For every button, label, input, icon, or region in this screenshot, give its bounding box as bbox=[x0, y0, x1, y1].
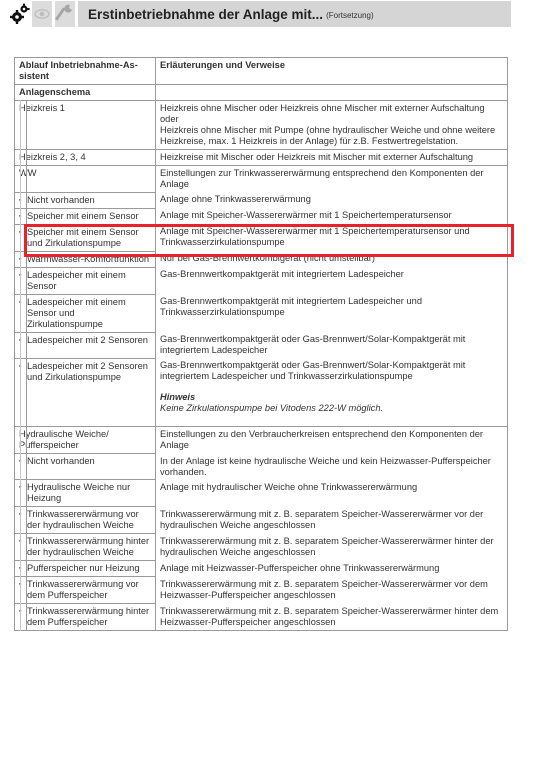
list-item-description: Trinkwassererwärmung mit z. B. separatem… bbox=[156, 577, 508, 604]
list-item-label: ▪Ladespeicher mit 2 Sensoren und Zirkula… bbox=[15, 358, 156, 427]
bullet-line: ▪Trinkwassererwärmung hinter der hydraul… bbox=[19, 536, 151, 558]
list-item: ▪Nicht vorhandenAnlage ohne Trinkwassere… bbox=[15, 192, 508, 208]
list-item-label: ▪Trinkwassererwärmung hinter der hydraul… bbox=[15, 534, 156, 561]
page-header: Erstinbetriebnahme der Anlage mit... (Fo… bbox=[0, 0, 551, 30]
list-item-description: Trinkwassererwärmung mit z. B. separatem… bbox=[156, 507, 508, 534]
list-item-description: Anlage mit Speicher-Wassererwärmer mit 1… bbox=[156, 224, 508, 251]
list-item-description: Anlage ohne Trinkwassererwärmung bbox=[156, 192, 508, 208]
list-item-description: Trinkwassererwärmung mit z. B. separatem… bbox=[156, 534, 508, 561]
item-label-text: Ladespeicher mit einem Sensor und Zirkul… bbox=[27, 297, 151, 330]
list-item: ▪Pufferspeicher nur HeizungAnlage mit He… bbox=[15, 561, 508, 577]
description-text: Gas-Brennwertkompaktgerät oder Gas-Brenn… bbox=[160, 360, 503, 382]
list-item-description: Anlage mit Heizwasser-Pufferspeicher ohn… bbox=[156, 561, 508, 577]
list-item: ▪Trinkwassererwärmung hinter der hydraul… bbox=[15, 534, 508, 561]
bullet-icon: ▪ bbox=[19, 456, 27, 467]
row-label: Heizkreis 2, 3, 4 bbox=[15, 150, 156, 166]
wrench-icon bbox=[55, 1, 75, 27]
table-header-row: Ablauf Inbetriebnahme-As-sistent Erläute… bbox=[15, 58, 508, 85]
item-label-text: Ladespeicher mit 2 Sensoren und Zirkulat… bbox=[27, 361, 151, 383]
list-item-description: Gas-Brennwertkompaktgerät oder Gas-Brenn… bbox=[156, 332, 508, 358]
description-text: Einstellungen zu den Verbraucherkreisen … bbox=[160, 429, 503, 451]
list-item-label: ▪Nicht vorhanden bbox=[15, 192, 156, 208]
list-item: ▪Speicher mit einem Sensor und Zirkulati… bbox=[15, 224, 508, 251]
row-description: Heizkreise mit Mischer oder Heizkreis mi… bbox=[156, 150, 508, 166]
bullet-line: ▪Trinkwassererwärmung hinter dem Puffers… bbox=[19, 606, 151, 628]
item-label-text: Trinkwassererwärmung vor dem Pufferspeic… bbox=[27, 579, 151, 601]
list-item-label: ▪Trinkwassererwärmung hinter dem Puffers… bbox=[15, 604, 156, 631]
list-item: ▪Trinkwassererwärmung vor der hydraulisc… bbox=[15, 507, 508, 534]
bullet-line: ▪Nicht vorhanden bbox=[19, 456, 151, 467]
list-item-description: In der Anlage ist keine hydraulische Wei… bbox=[156, 454, 508, 480]
item-label-text: Nicht vorhanden bbox=[27, 456, 95, 467]
row-label: Heizkreis 1 bbox=[15, 101, 156, 150]
description-text: Nur bei Gas-Brennwertkombigerät (nicht u… bbox=[160, 253, 503, 264]
description-text: Anlage mit Heizwasser-Pufferspeicher ohn… bbox=[160, 563, 503, 574]
list-item-description: Gas-Brennwertkompaktgerät oder Gas-Brenn… bbox=[156, 358, 508, 427]
page-title: Erstinbetriebnahme der Anlage mit... bbox=[88, 7, 323, 22]
description-text: Anlage mit Speicher-Wassererwärmer mit 1… bbox=[160, 226, 503, 248]
section-row: Anlagenschema bbox=[15, 85, 508, 101]
description-text: Trinkwassererwärmung mit z. B. separatem… bbox=[160, 536, 503, 558]
list-item-description: Trinkwassererwärmung mit z. B. separatem… bbox=[156, 604, 508, 631]
row-description: Einstellungen zur Trinkwassererwärmung e… bbox=[156, 166, 508, 193]
list-item: ▪Hydraulische Weiche nur HeizungAnlage m… bbox=[15, 480, 508, 507]
description-text: Gas-Brennwertkompaktgerät mit integriert… bbox=[160, 296, 503, 318]
item-label-text: Trinkwassererwärmung hinter dem Puffersp… bbox=[27, 606, 151, 628]
row-label: WW bbox=[15, 166, 156, 193]
description-text: Anlage ohne Trinkwassererwärmung bbox=[160, 194, 503, 205]
bullet-icon: ▪ bbox=[19, 297, 27, 330]
list-item-label: ▪Speicher mit einem Sensor bbox=[15, 208, 156, 224]
item-label-text: Pufferspeicher nur Heizung bbox=[27, 563, 140, 574]
table-row: Heizkreis 2, 3, 4Heizkreise mit Mischer … bbox=[15, 150, 508, 166]
list-item-label: ▪Ladespeicher mit 2 Sensoren bbox=[15, 332, 156, 358]
bullet-line: ▪Speicher mit einem Sensor und Zirkulati… bbox=[19, 227, 151, 249]
hint-text: Keine Zirkulationspumpe bei Vitodens 222… bbox=[160, 403, 503, 414]
description-text: In der Anlage ist keine hydraulische Wei… bbox=[160, 456, 503, 478]
description-text: Gas-Brennwertkompaktgerät mit integriert… bbox=[160, 269, 503, 280]
table-row: Hydraulische Weiche/ PufferspeicherEinst… bbox=[15, 427, 508, 454]
table-row: Heizkreis 1Heizkreis ohne Mischer oder H… bbox=[15, 101, 508, 150]
description-text: Trinkwassererwärmung mit z. B. separatem… bbox=[160, 579, 503, 601]
item-label-text: Warmwasser-Komfortfunktion bbox=[27, 254, 149, 265]
list-item-label: ▪Ladespeicher mit einem Sensor und Zirku… bbox=[15, 294, 156, 332]
list-item-label: ▪Speicher mit einem Sensor und Zirkulati… bbox=[15, 224, 156, 251]
description-text: Heizkreis ohne Mischer mit Pumpe (ohne h… bbox=[160, 125, 503, 147]
list-item: ▪Ladespeicher mit einem Sensor und Zirku… bbox=[15, 294, 508, 332]
bullet-icon: ▪ bbox=[19, 361, 27, 383]
list-item-description: Gas-Brennwertkompaktgerät mit integriert… bbox=[156, 294, 508, 332]
bullet-line: ▪Ladespeicher mit 2 Sensoren und Zirkula… bbox=[19, 361, 151, 383]
bullet-icon: ▪ bbox=[19, 254, 27, 265]
description-text: Anlage mit hydraulischer Weiche ohne Tri… bbox=[160, 482, 503, 493]
description-text: Anlage mit Speicher-Wassererwärmer mit 1… bbox=[160, 210, 503, 221]
bullet-icon: ▪ bbox=[19, 579, 27, 601]
page-subtitle: (Fortsetzung) bbox=[326, 11, 374, 20]
list-item: ▪Nicht vorhandenIn der Anlage ist keine … bbox=[15, 454, 508, 480]
bullet-icon: ▪ bbox=[19, 509, 27, 531]
list-item: ▪Ladespeicher mit 2 Sensoren und Zirkula… bbox=[15, 358, 508, 427]
list-item-label: ▪Trinkwassererwärmung vor dem Pufferspei… bbox=[15, 577, 156, 604]
bullet-line: ▪Hydraulische Weiche nur Heizung bbox=[19, 482, 151, 504]
title-bar: Erstinbetriebnahme der Anlage mit... (Fo… bbox=[78, 1, 511, 27]
bullet-line: ▪Nicht vorhanden bbox=[19, 195, 151, 206]
hint-title: Hinweis bbox=[160, 392, 503, 403]
commissioning-table: Ablauf Inbetriebnahme-As-sistent Erläute… bbox=[14, 57, 508, 631]
list-item-description: Anlage mit hydraulischer Weiche ohne Tri… bbox=[156, 480, 508, 507]
bullet-line: ▪Ladespeicher mit einem Sensor bbox=[19, 270, 151, 292]
description-text: Heizkreise mit Mischer oder Heizkreis mi… bbox=[160, 152, 503, 163]
list-item-label: ▪Trinkwassererwärmung vor der hydraulisc… bbox=[15, 507, 156, 534]
description-text: Gas-Brennwertkompaktgerät oder Gas-Brenn… bbox=[160, 334, 503, 356]
item-label-text: Ladespeicher mit einem Sensor bbox=[27, 270, 151, 292]
gears-icon bbox=[10, 1, 30, 27]
column-header-procedure: Ablauf Inbetriebnahme-As-sistent bbox=[15, 58, 156, 85]
item-label-text: Speicher mit einem Sensor und Zirkulatio… bbox=[27, 227, 151, 249]
bullet-icon: ▪ bbox=[19, 536, 27, 558]
bullet-icon: ▪ bbox=[19, 563, 27, 574]
list-item-description: Nur bei Gas-Brennwertkombigerät (nicht u… bbox=[156, 251, 508, 267]
item-label-text: Trinkwassererwärmung vor der hydraulisch… bbox=[27, 509, 151, 531]
table-row: WWEinstellungen zur Trinkwassererwärmung… bbox=[15, 166, 508, 193]
bullet-line: ▪Ladespeicher mit einem Sensor und Zirku… bbox=[19, 297, 151, 330]
description-text: Heizkreis ohne Mischer oder Heizkreis oh… bbox=[160, 103, 503, 125]
list-item-description: Gas-Brennwertkompaktgerät mit integriert… bbox=[156, 267, 508, 294]
bullet-line: ▪Ladespeicher mit 2 Sensoren bbox=[19, 335, 151, 346]
list-item: ▪Warmwasser-KomfortfunktionNur bei Gas-B… bbox=[15, 251, 508, 267]
bullet-line: ▪Pufferspeicher nur Heizung bbox=[19, 563, 151, 574]
list-item: ▪Ladespeicher mit einem SensorGas-Brennw… bbox=[15, 267, 508, 294]
list-item-label: ▪Ladespeicher mit einem Sensor bbox=[15, 267, 156, 294]
list-item: ▪Trinkwassererwärmung hinter dem Puffers… bbox=[15, 604, 508, 631]
bullet-icon: ▪ bbox=[19, 606, 27, 628]
list-item: ▪Speicher mit einem SensorAnlage mit Spe… bbox=[15, 208, 508, 224]
eye-icon bbox=[32, 1, 52, 27]
bullet-line: ▪Speicher mit einem Sensor bbox=[19, 211, 151, 222]
bullet-icon: ▪ bbox=[19, 270, 27, 292]
description-text: Einstellungen zur Trinkwassererwärmung e… bbox=[160, 168, 503, 190]
item-label-text: Speicher mit einem Sensor bbox=[27, 211, 139, 222]
bullet-icon: ▪ bbox=[19, 227, 27, 249]
list-item-label: ▪Nicht vorhanden bbox=[15, 454, 156, 480]
row-description: Heizkreis ohne Mischer oder Heizkreis oh… bbox=[156, 101, 508, 150]
list-item-label: ▪Pufferspeicher nur Heizung bbox=[15, 561, 156, 577]
bullet-icon: ▪ bbox=[19, 211, 27, 222]
item-label-text: Trinkwassererwärmung hinter der hydrauli… bbox=[27, 536, 151, 558]
section-title: Anlagenschema bbox=[15, 85, 156, 101]
bullet-icon: ▪ bbox=[19, 195, 27, 206]
list-item-label: ▪Warmwasser-Komfortfunktion bbox=[15, 251, 156, 267]
list-item: ▪Ladespeicher mit 2 SensorenGas-Brennwer… bbox=[15, 332, 508, 358]
bullet-line: ▪Warmwasser-Komfortfunktion bbox=[19, 254, 151, 265]
description-text: Trinkwassererwärmung mit z. B. separatem… bbox=[160, 606, 503, 628]
row-description: Einstellungen zu den Verbraucherkreisen … bbox=[156, 427, 508, 454]
list-item-description: Anlage mit Speicher-Wassererwärmer mit 1… bbox=[156, 208, 508, 224]
bullet-line: ▪Trinkwassererwärmung vor der hydraulisc… bbox=[19, 509, 151, 531]
description-text: Trinkwassererwärmung mit z. B. separatem… bbox=[160, 509, 503, 531]
row-label: Hydraulische Weiche/ Pufferspeicher bbox=[15, 427, 156, 454]
bullet-icon: ▪ bbox=[19, 335, 27, 346]
item-label-text: Nicht vorhanden bbox=[27, 195, 95, 206]
bullet-icon: ▪ bbox=[19, 482, 27, 504]
bullet-line: ▪Trinkwassererwärmung vor dem Pufferspei… bbox=[19, 579, 151, 601]
item-label-text: Hydraulische Weiche nur Heizung bbox=[27, 482, 151, 504]
item-label-text: Ladespeicher mit 2 Sensoren bbox=[27, 335, 148, 346]
column-header-explanations: Erläuterungen und Verweise bbox=[156, 58, 508, 85]
list-item: ▪Trinkwassererwärmung vor dem Pufferspei… bbox=[15, 577, 508, 604]
list-item-label: ▪Hydraulische Weiche nur Heizung bbox=[15, 480, 156, 507]
